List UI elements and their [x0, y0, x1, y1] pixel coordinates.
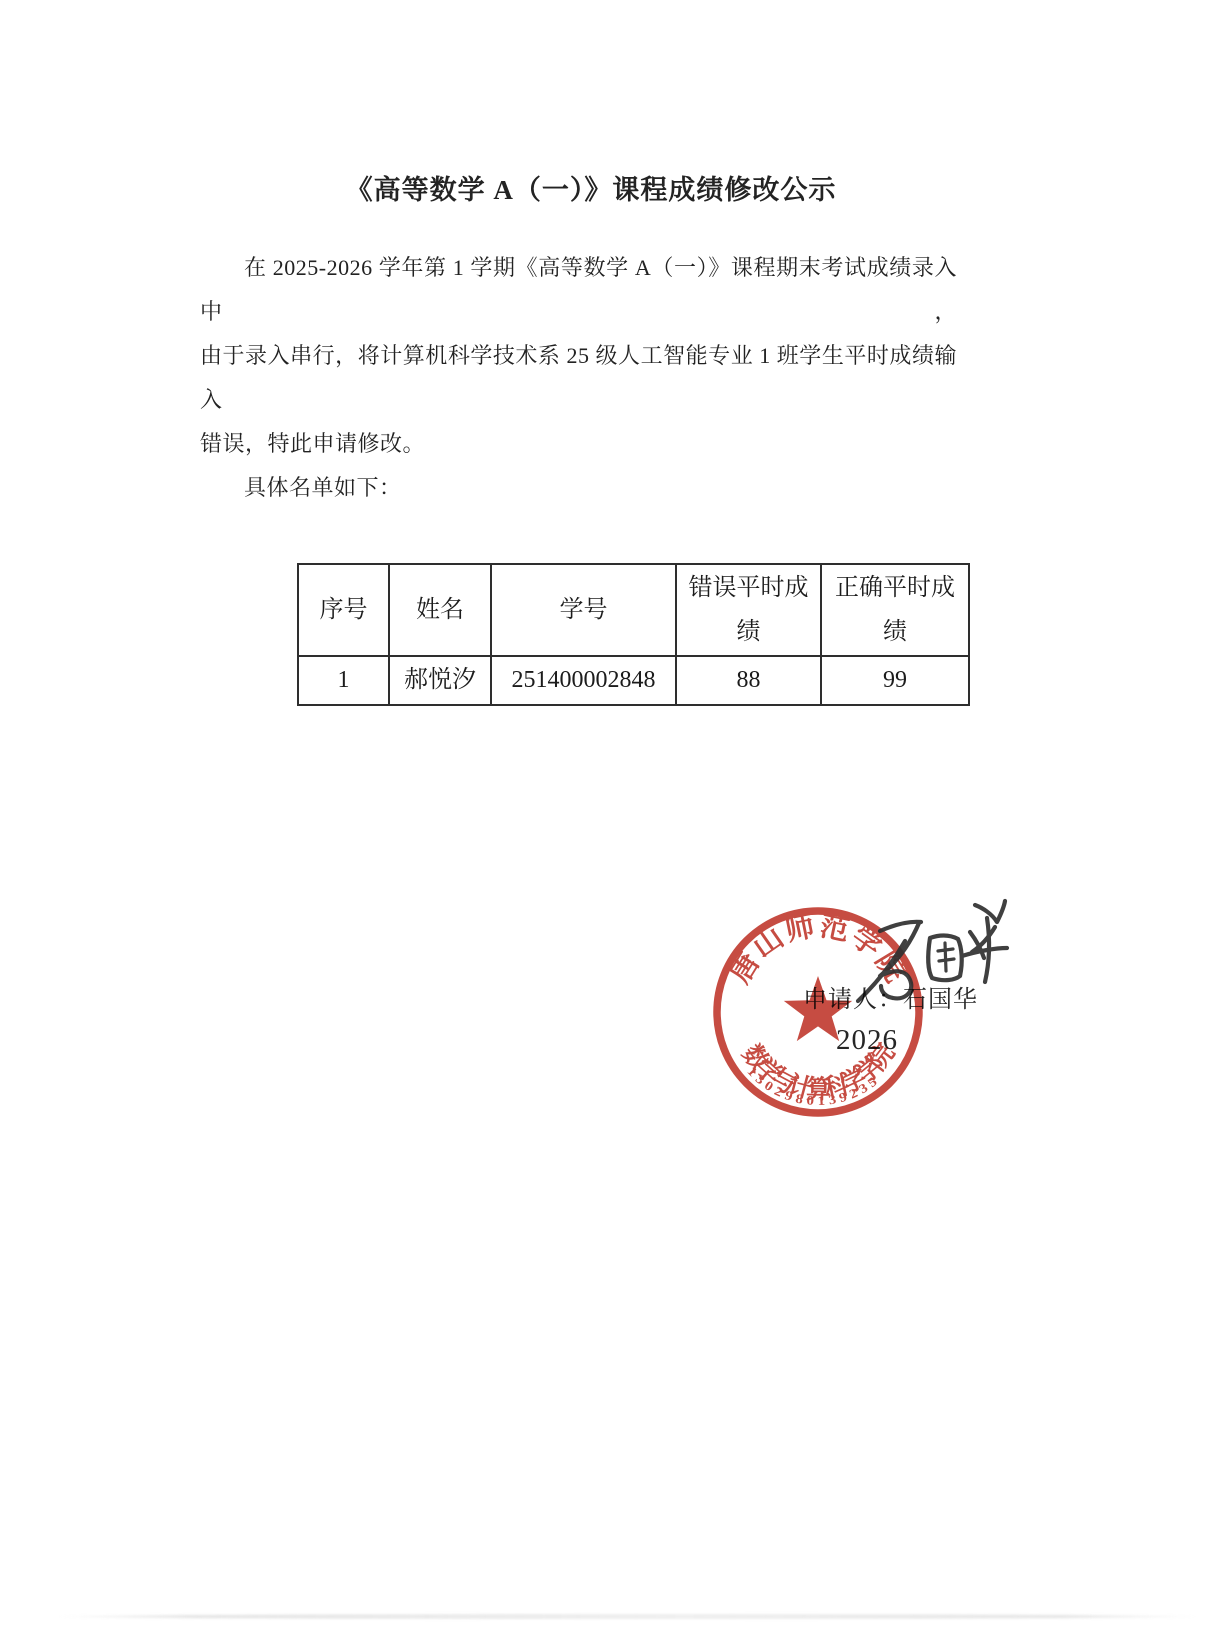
date-line: 2026: [836, 1024, 898, 1057]
cell-index: 1: [298, 656, 389, 705]
page-edge-shadow: [55, 1614, 1200, 1619]
paragraph-line-2: 由于录入串行，将计算机科学技术系 25 级人工智能专业 1 班学生平时成绩输入: [200, 334, 957, 422]
body-paragraph: 在 2025-2026 学年第 1 学期《高等数学 A（一）》课程期末考试成绩录…: [200, 246, 957, 510]
table-row: 1 郝悦汐 251400002848 88 99: [298, 656, 969, 705]
header-index: 序号: [298, 564, 389, 656]
signature-stroke: [938, 943, 954, 971]
cell-name: 郝悦汐: [389, 656, 491, 705]
paragraph-line-1: 在 2025-2026 学年第 1 学期《高等数学 A（一）》课程期末考试成绩录…: [200, 246, 957, 334]
svg-text:1302980139235: 1302980139235: [744, 1064, 883, 1109]
signature-stroke: [985, 918, 989, 982]
svg-text:唐山师范学院: 唐山师范学院: [723, 909, 913, 989]
signature-stroke: [970, 932, 984, 958]
seal-top-text: 唐山师范学院: [723, 909, 913, 989]
signature-stroke: [880, 922, 921, 931]
list-intro-line: 具体名单如下：: [200, 466, 957, 510]
header-name: 姓名: [389, 564, 491, 656]
header-right-score: 正确平时成绩: [821, 564, 969, 656]
cell-wrong-score: 88: [676, 656, 821, 705]
grade-correction-table: 序号 姓名 学号 错误平时成绩 正确平时成绩 1 郝悦汐 25140000284…: [297, 563, 970, 706]
signature-stroke: [962, 948, 1007, 956]
signature-stroke: [972, 927, 995, 952]
table-header-row: 序号 姓名 学号 错误平时成绩 正确平时成绩: [298, 564, 969, 656]
document-title: 《高等数学 A（一）》课程成绩修改公示: [0, 168, 1182, 207]
signature-stroke: [975, 901, 1005, 922]
paragraph-line-3: 错误，特此申请修改。: [200, 422, 957, 466]
signature-stroke: [928, 936, 961, 981]
header-wrong-score: 错误平时成绩: [676, 564, 821, 656]
seal-code-digits: 1302980139235: [744, 1064, 883, 1109]
scanned-notice-page: { "document": { "title": "《高等数学 A（一）》课程成…: [0, 0, 1224, 1636]
cell-student-id: 251400002848: [491, 656, 676, 705]
applicant-line: 申请人：石国华: [803, 979, 978, 1014]
header-student-id: 学号: [491, 564, 676, 656]
cell-right-score: 99: [821, 656, 969, 705]
